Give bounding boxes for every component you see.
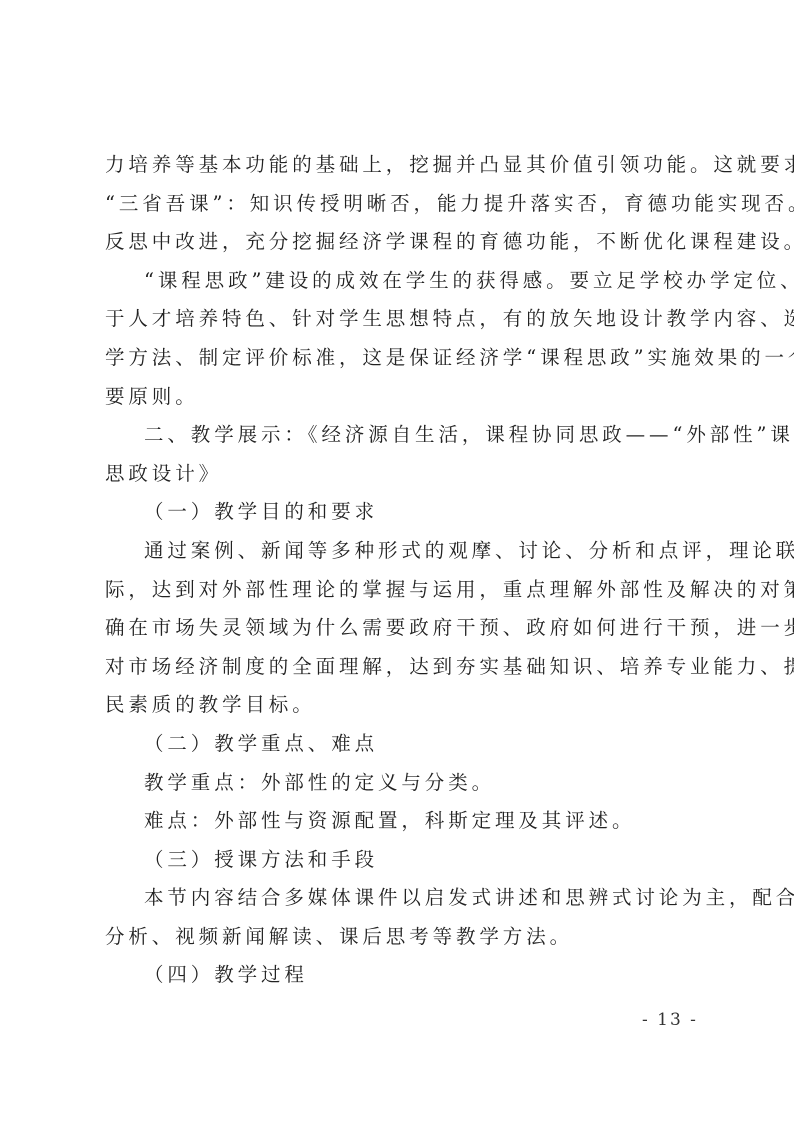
text-line: 于人才培养特色、针对学生思想特点，有的放矢地设计教学内容、选择教 (105, 300, 695, 339)
text-line: 确在市场失灵领域为什么需要政府干预、政府如何进行干预，进一步加深 (105, 609, 695, 648)
subsection-heading: （三）授课方法和手段 (105, 841, 695, 880)
text-line: “三省吾课”：知识传授明晰否，能力提升落实否，育德功能实现否。在 (105, 185, 695, 224)
document-page: 力培养等基本功能的基础上，挖掘并凸显其价值引领功能。这就要求每日 “三省吾课”：… (0, 0, 794, 1123)
text-line: 要原则。 (105, 378, 695, 417)
subsection-heading: （二）教学重点、难点 (105, 725, 695, 764)
text-line: 对市场经济制度的全面理解，达到夯实基础知识、培养专业能力、提高全 (105, 648, 695, 687)
text-line: 学方法、制定评价标准，这是保证经济学“课程思政”实施效果的一个重 (105, 339, 695, 378)
text-line: 力培养等基本功能的基础上，挖掘并凸显其价值引领功能。这就要求每日 (105, 146, 695, 185)
text-line: 教学重点：外部性的定义与分类。 (105, 764, 695, 803)
text-line: 通过案例、新闻等多种形式的观摩、讨论、分析和点评，理论联系实 (105, 532, 695, 571)
text-line: 际，达到对外部性理论的掌握与运用，重点理解外部性及解决的对策，明 (105, 571, 695, 610)
subsection-heading: （一）教学目的和要求 (105, 493, 695, 532)
text-line: 本节内容结合多媒体课件以启发式讲述和思辨式讨论为主，配合案例 (105, 879, 695, 918)
section-heading: 二、教学展示：《经济源自生活，课程协同思政——“外部性”课程 (105, 416, 695, 455)
text-line: 反思中改进，充分挖掘经济学课程的育德功能，不断优化课程建设。 (105, 223, 695, 262)
text-line: 分析、视频新闻解读、课后思考等教学方法。 (105, 918, 695, 957)
text-line: 民素质的教学目标。 (105, 686, 695, 725)
body-text: 力培养等基本功能的基础上，挖掘并凸显其价值引领功能。这就要求每日 “三省吾课”：… (105, 146, 695, 995)
subsection-heading: （四）教学过程 (105, 956, 695, 995)
page-number: - 13 - (642, 1010, 698, 1030)
text-line: 难点：外部性与资源配置，科斯定理及其评述。 (105, 802, 695, 841)
text-line: “课程思政”建设的成效在学生的获得感。要立足学校办学定位、基 (105, 262, 695, 301)
section-heading: 思政设计》 (105, 455, 695, 494)
